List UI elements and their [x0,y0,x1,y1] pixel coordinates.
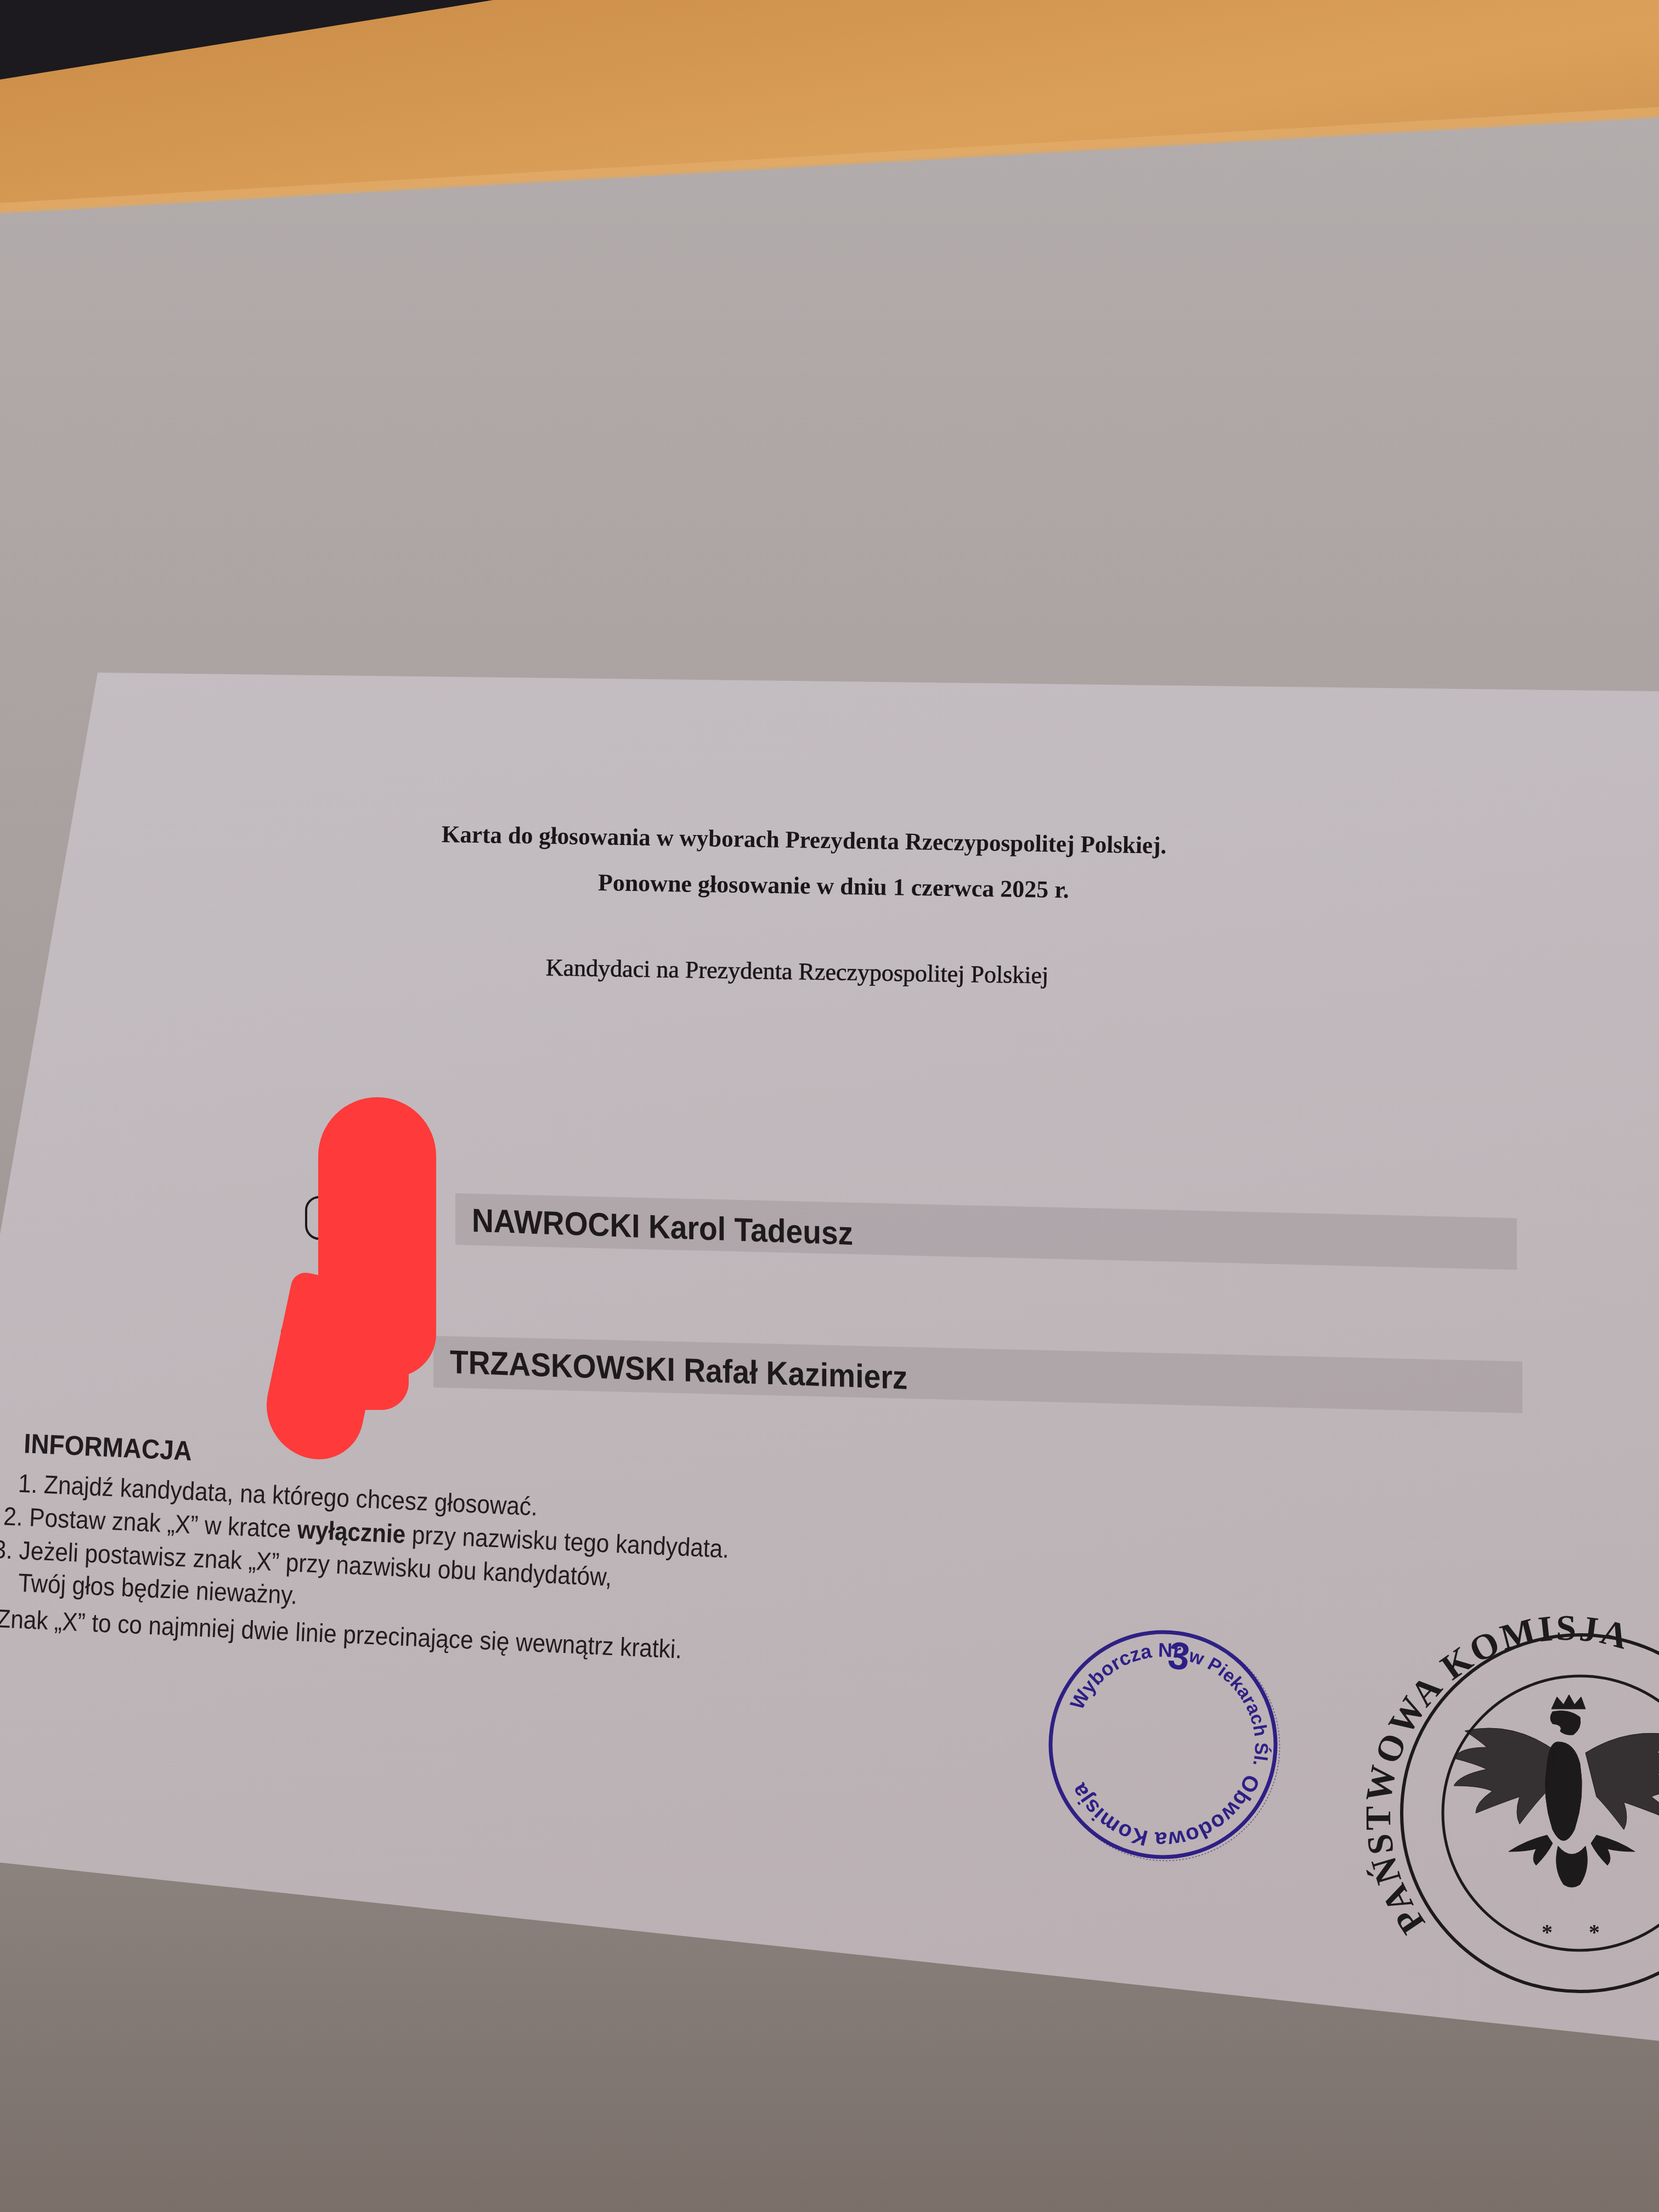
candidates-heading: Kandydaci na Prezydenta Rzeczypospolitej… [546,953,1049,989]
information-heading: INFORMACJA [23,1427,193,1467]
red-redaction-mark [257,1270,391,1468]
national-commission-seal: PAŃSTWOWA KOMISJA * * [1366,1616,1659,2000]
information-section: INFORMACJA 1. Znajdź kandydata, na które… [0,1426,932,1469]
info-item-4: . Znak „X” to co najmniej dwie linie prz… [0,1602,682,1664]
ballot-date-line: Ponowne głosowanie w dniu 1 czerwca 2025… [598,868,1069,904]
svg-text:Obwodowa Komisja: Obwodowa Komisja [1059,1747,1265,1865]
candidate-name: NAWROCKI Karol Tadeusz [472,1201,853,1252]
candidate-row-trzaskowski: TRZASKOWSKI Rafał Kazimierz [433,1336,1522,1413]
stamp-text-bottom: Obwodowa Komisja [1059,1747,1265,1865]
emphasis-text: wyłącznie [297,1515,407,1549]
vote-checkbox-trzaskowski[interactable] [281,1319,318,1363]
white-eagle-icon [1454,1695,1659,1887]
vote-checkbox-nawrocki[interactable] [305,1196,342,1240]
district-commission-stamp: Wyborcza Nr 3 w Piekarach Śl. Obwodowa K… [1018,1599,1309,1891]
candidate-name: TRZASKOWSKI Rafał Kazimierz [450,1343,907,1397]
seal-stars: * * [1542,1920,1615,1944]
ballot-content: Karta do głosowania w wyborach Prezydent… [0,0,1659,2212]
candidate-row-nawrocki: NAWROCKI Karol Tadeusz [455,1193,1517,1270]
ballot-title: Karta do głosowania w wyborach Prezydent… [442,820,1167,860]
